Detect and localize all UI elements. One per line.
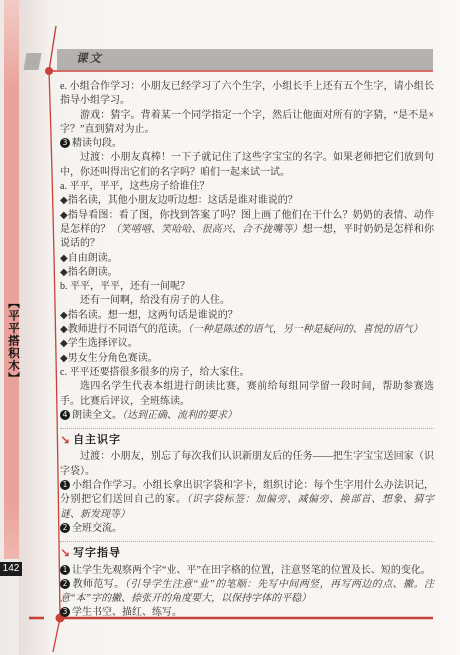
paragraph: 游戏：猜字。背着某一个同学指定一个字，然后让他面对所有的字猜，“是不是×字？”直… [60, 109, 434, 138]
paragraph: 3精读句段。 [60, 137, 434, 151]
paragraph: ◆男女生分角色赛读。 [60, 352, 434, 366]
body-text: ◆自由朗读。 [60, 253, 118, 264]
body-text: 精读句段。 [72, 138, 122, 149]
paragraph: 过渡：小朋友真棒！一下子就记住了这些字宝宝的名字。如果老师把它们放到句中，你还叫… [60, 151, 434, 180]
section-xiezi-zhidao: ↘ 写字指导 1让学生先观察两个字“业、平”在田字格的位置，注意竖笔的位置及长、… [60, 546, 434, 620]
paragraph: ◆学生选择评议。 [60, 337, 434, 351]
body-text: ◆指名读，其他小朋友边听边想：这话是谁对谁说的？ [60, 195, 298, 206]
section-heading-zizhu-shizi: ↘ 自主识字 [60, 433, 434, 447]
paragraph: c. 平平还要搭很多很多的房子，给大家住。 [60, 366, 434, 380]
zizhu-paragraphs: 过渡：小朋友，别忘了每次我们认识新朋友后的任务——把生字宝宝送回家（识字袋）。1… [60, 450, 434, 536]
book-page: 【平平搭积木】 142 课文 e. 小组合作学习：小朋友已经学习了六个生字，小组… [0, 0, 460, 655]
body-text: 教师范写。 [72, 579, 125, 590]
paragraph: ◆指名朗读。 [60, 266, 434, 280]
paragraph: ◆教师进行不同语气的范读。（一种是陈述的语气，另一种是疑问的、喜悦的语气） [60, 323, 434, 337]
circled-number-icon: 3 [60, 607, 70, 617]
body-text: a. 平平，平平，这些房子给谁住？ [60, 181, 209, 192]
circled-number-icon: 3 [60, 138, 70, 148]
paragraph: 2教师范写。（引导学生注意“业”的笔顺：先写中间两竖，再写两边的点、撇。注意“本… [60, 578, 434, 607]
lesson-title-vertical: 【平平搭积木】 [1, 297, 21, 385]
body-text: c. 平平还要搭很多很多的房子，给大家住。 [60, 367, 249, 378]
header-band-fragment [24, 53, 42, 70]
paragraph: a. 平平，平平，这些房子给谁住？ [60, 180, 434, 194]
arrow-marker-icon: ↘ [60, 547, 70, 559]
section-kewen: e. 小组合作学习：小朋友已经学习了六个生字，小组长手上还有五个生字，请小组长指… [60, 80, 434, 423]
section-title: 写字指导 [73, 546, 121, 560]
paragraph: 1小组合作学习。小组长拿出识字袋和字卡，组织讨论：每个生字用什么办法识记，分别把… [60, 479, 434, 522]
paragraph: 选四名学生代表本组进行朗读比赛，赛前给每组同学留一段时间，帮助参赛选手。比赛后评… [60, 380, 434, 409]
body-text: 学生书空、描红、练写。 [72, 607, 182, 618]
body-text: 还有一间啊，给没有房子的人住。 [80, 295, 230, 306]
circled-number-icon: 1 [60, 565, 70, 575]
paragraph: 2全班交流。 [60, 522, 434, 536]
paragraph: 3学生书空、描红、练写。 [60, 606, 434, 620]
header-tab-kewen: 课文 [76, 49, 103, 70]
section-title: 自主识字 [73, 433, 121, 447]
main-content: e. 小组合作学习：小朋友已经学习了六个生字，小组长手上还有五个生字，请小组长指… [60, 80, 434, 621]
section-heading-xiezi-zhidao: ↘ 写字指导 [60, 546, 434, 560]
note-text: （一种是陈述的语气，另一种是疑问的、喜悦的语气） [188, 324, 423, 335]
kewen-paragraphs: e. 小组合作学习：小朋友已经学习了六个生字，小组长手上还有五个生字，请小组长指… [60, 80, 434, 423]
circled-number-icon: 4 [60, 410, 70, 420]
body-text: 朗读全文。 [72, 410, 122, 421]
section-zizhu-shizi: ↘ 自主识字 过渡：小朋友，别忘了每次我们认识新朋友后的任务——把生字宝宝送回家… [60, 433, 434, 536]
paragraph: ◆指名读。想一想，这两句话是谁说的？ [60, 309, 434, 323]
dotted-separator [60, 541, 434, 542]
page-number: 142 [0, 562, 22, 576]
circled-number-icon: 1 [60, 480, 70, 490]
body-text: ◆学生选择评议。 [60, 338, 138, 349]
note-text: （达到正确、流利的要求） [122, 410, 237, 421]
paragraph: ◆自由朗读。 [60, 252, 434, 266]
body-text: ◆指名朗读。 [60, 267, 118, 278]
body-text: ◆教师进行不同语气的范读。 [60, 324, 188, 335]
paragraph: ◆指导看图：看了图，你找到答案了吗？图上画了他们在干什么？奶奶的表情、动作是怎样… [60, 209, 434, 252]
paragraph: 过渡：小朋友，别忘了每次我们认识新朋友后的任务——把生字宝宝送回家（识字袋）。 [60, 450, 434, 479]
paragraph: ◆指名读，其他小朋友边听边想：这话是谁对谁说的？ [60, 194, 434, 208]
circled-number-icon: 2 [60, 523, 70, 533]
body-text: 游戏：猜字。背着某一个同学指定一个字，然后让他面对所有的字猜，“是不是×字？”直… [60, 110, 434, 135]
paragraph: e. 小组合作学习：小朋友已经学习了六个生字，小组长手上还有五个生字，请小组长指… [60, 80, 434, 109]
paragraph: 1让学生先观察两个字“业、平”在田字格的位置，注意竖笔的位置及长、短的变化。 [60, 564, 434, 578]
body-text: 过渡：小朋友真棒！一下子就记住了这些字宝宝的名字。如果老师把它们放到句中，你还叫… [60, 152, 434, 177]
paragraph: 4朗读全文。（达到正确、流利的要求） [60, 409, 434, 423]
body-text: 让学生先观察两个字“业、平”在田字格的位置，注意竖笔的位置及长、短的变化。 [72, 565, 431, 576]
paragraph: 还有一间啊，给没有房子的人住。 [60, 294, 434, 308]
body-text: ◆男女生分角色赛读。 [60, 353, 158, 364]
body-text: b. 平平，平平，还有一间呢？ [60, 281, 190, 292]
body-text: 过渡：小朋友，别忘了每次我们认识新朋友后的任务——把生字宝宝送回家（识字袋）。 [60, 451, 434, 476]
arrow-marker-icon: ↘ [60, 434, 70, 446]
body-text: ◆指名读。想一想，这两句话是谁说的？ [60, 310, 238, 321]
paragraph: b. 平平，平平，还有一间呢？ [60, 280, 434, 294]
header-band: 课文 [57, 49, 433, 70]
body-text: 选四名学生代表本组进行朗读比赛，赛前给每组同学留一段时间，帮助参赛选手。比赛后评… [60, 381, 434, 406]
note-text: （笑嘻嘻、笑哈哈、很高兴、合不拢嘴等） [111, 224, 303, 235]
page-curve-shadow [19, 0, 57, 655]
body-text: 全班交流。 [72, 523, 122, 534]
circled-number-icon: 2 [60, 579, 70, 589]
body-text: e. 小组合作学习：小朋友已经学习了六个生字，小组长手上还有五个生字，请小组长指… [60, 81, 434, 106]
dotted-separator [60, 428, 434, 429]
xiezi-paragraphs: 1让学生先观察两个字“业、平”在田字格的位置，注意竖笔的位置及长、短的变化。2教… [60, 564, 434, 621]
lesson-sidebar-band [4, 0, 19, 559]
